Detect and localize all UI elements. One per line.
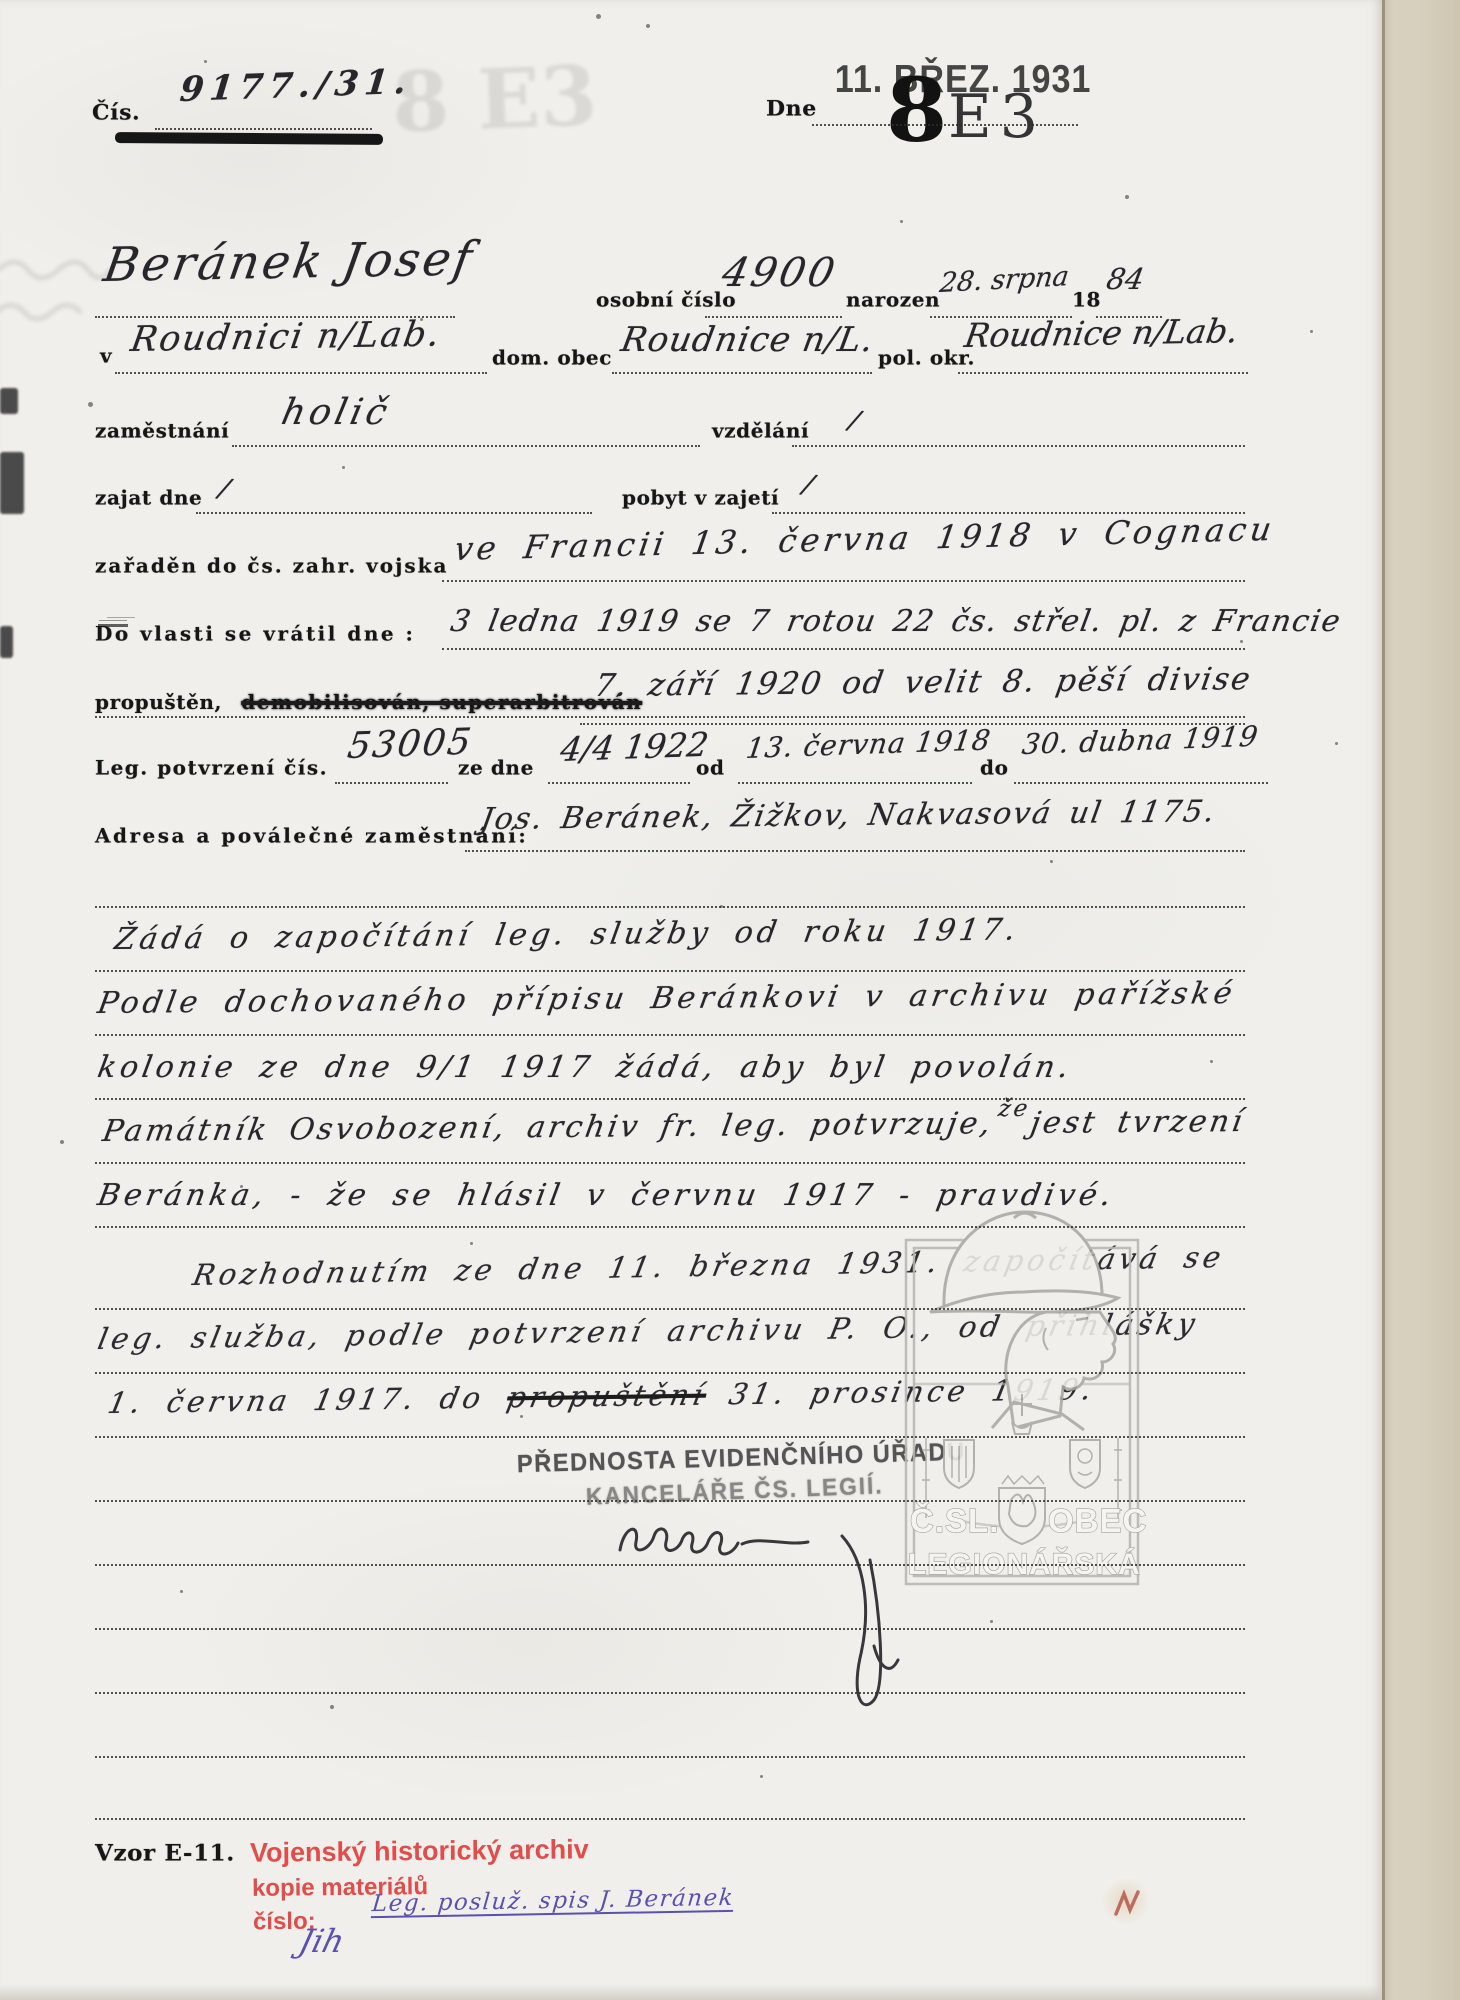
ruled-dotted-line [95,716,1245,718]
dne-label: Dne [766,97,817,122]
zajat-value: / [216,471,233,505]
ruled-dotted-line [812,124,1078,126]
note-line-1: Žádá o započítání leg. služby od roku 19… [112,912,1022,957]
vlast-value: 3 ledna 1919 se 7 rotou 22 čs. střel. pl… [448,604,1344,639]
ink-speck [88,402,93,407]
ruled-dotted-line [442,648,1245,650]
ink-speck [1240,640,1243,643]
ink-speck [646,24,650,28]
margin-blob-2 [0,452,24,514]
watermark-text-csl: Č.SL. [910,1501,999,1539]
ink-speck [342,466,345,469]
watermark-text-obec: OBEC [1048,1502,1147,1539]
ruled-dotted-line [95,1372,1245,1374]
ruled-dotted-line [465,850,1245,852]
propusten-label: propuštěn, [95,690,222,714]
ruled-dotted-line [1014,782,1268,784]
page-edge [1382,0,1460,2000]
ruled-dotted-line [95,1756,1245,1758]
pobyt-value: / [800,467,817,501]
zaraden-label: zařaděn do čs. zahr. vojska [95,554,448,577]
osobni-cislo-label: osobní číslo [596,288,736,311]
ink-speck [990,1620,993,1623]
osobni-cislo-value: 4900 [718,250,842,296]
ink-speck [1310,330,1313,333]
document-page: Čís. 9177./31. 8 E3 Dne 11. BŘEZ. 1931 8… [0,0,1460,2000]
zaraden-value: ve Francii 13. června 1918 v Cognacu [452,510,1278,568]
ink-speck [1210,1060,1213,1063]
ruled-dotted-line [95,1308,1245,1310]
note-line-3: kolonie ze dne 9/1 1917 žádá, aby byl po… [95,1050,1075,1085]
red-check-mark [1112,1886,1146,1920]
margin-blob-1 [0,388,18,414]
do-label: do [980,756,1009,779]
name-value: Beránek Josef [100,231,479,293]
paper-scan: Čís. 9177./31. 8 E3 Dne 11. BŘEZ. 1931 8… [0,0,1382,2000]
soldier-head-icon [930,1212,1118,1430]
cis-underline-bar [115,132,383,145]
ruled-dotted-line [612,372,872,374]
propusten-struck-words: demobilisován, superarbitrován [241,690,642,714]
vzor-label: Vzor E-11. [95,1841,235,1867]
zedne-label: ze dne [458,756,534,779]
ruled-dotted-line [95,1564,1245,1566]
ruled-dotted-line [95,316,455,318]
file-number-8: 8 [886,58,947,162]
ink-speck [760,1775,763,1778]
ink-speck [720,905,723,908]
decision-line-3-pre: 1. června 1917. do [105,1380,511,1420]
archive-stamp-line-1: Vojenský historický archiv [250,1834,589,1869]
ink-speck [1050,860,1053,863]
legionnaire-watermark: Č.SL. OBEC LEGIONÁŘSKÁ [896,1188,1148,1592]
cis-value: 9177./31. [178,62,414,110]
ruled-dotted-line [95,1692,1245,1694]
ruled-dotted-line [95,1818,1245,1820]
dom-obec-label: dom. obec [492,346,612,369]
pol-okr-label: pol. okr. [878,346,975,369]
cis-label: Čís. [92,101,140,126]
ink-speck [180,1590,183,1593]
ruled-dotted-line [155,128,372,130]
ruled-dotted-line [930,316,1072,318]
ruled-dotted-line [548,782,690,784]
od-value: 13. června 1918 [744,723,993,765]
ruled-dotted-line [95,1500,1245,1502]
file-number-e3: E3 [948,82,1046,152]
do-value: 30. dubna 1919 [1020,720,1261,761]
ink-speck [900,220,903,223]
ink-speck [204,60,207,63]
leg-label: Leg. potvrzení čís. [95,756,328,779]
ink-speck [470,1242,473,1245]
margin-blob-3 [0,626,13,658]
note-line-4: Památník Osvobození, archiv fr. leg. pot… [100,1104,1248,1149]
dom-obec-value: Roudnice n/L. [618,320,877,360]
ruled-dotted-line [335,782,448,784]
zamestnani-label: zaměstnání [95,419,229,442]
zedne-value: 4/4 1922 [558,725,711,769]
ruled-dotted-line [115,372,487,374]
ruled-dotted-line [196,512,592,514]
ink-speck [60,1140,64,1144]
propusten-value: 7. září 1920 od velit 8. pěší divise [592,661,1255,704]
blue-initials: Jih [295,1922,348,1960]
note-line-4a: Památník Osvobození, archiv fr. leg. pot… [100,1106,996,1149]
ruled-dotted-line [1096,316,1162,318]
adresa-label: Adresa a poválečné zaměstnání: [95,824,528,847]
ruled-dotted-line [95,1436,1245,1438]
birthplace-value: Roudnici n/Lab. [128,314,444,360]
ink-speck [520,1415,523,1418]
year-prefix-label: 18 [1072,288,1101,311]
bleedthrough-ghost-text [0,240,114,360]
ruled-dotted-line [442,580,1245,582]
ink-speck [420,318,423,321]
ruled-dotted-line [580,723,1245,725]
zamestnani-value: holič [278,392,395,433]
adresa-value: Jos. Beránek, Žižkov, Nakvasová ul 1175. [478,794,1219,837]
ink-speck [330,1705,334,1709]
ruled-dotted-line [95,1162,1245,1164]
ruled-dotted-line [705,316,842,318]
ruled-dotted-line [95,1098,1245,1100]
decision-line-3-struck: propuštění [504,1378,710,1415]
year-value: 84 [1104,262,1147,296]
vzdelani-value: / [846,403,863,437]
zajat-label: zajat dne [95,486,202,509]
bottom-edge-shade [0,1984,1382,2000]
pobyt-label: pobyt v zajetí [622,486,779,509]
ruled-dotted-line [772,512,1245,514]
ruled-dotted-line [738,782,972,784]
ink-speck [1125,195,1129,199]
vzdelani-label: vzdělání [712,419,809,442]
ruled-dotted-line [958,372,1248,374]
blue-annotation: Leg. posluž. spis J. Beránek [371,1885,735,1917]
ruled-dotted-line [95,1034,1245,1036]
ruled-dotted-line [232,445,700,447]
ruled-dotted-line [792,445,1245,447]
leg-number-value: 53005 [345,721,475,767]
note-line-4b: jest tvrzení [1028,1104,1248,1141]
ghost-stamp: 8 E3 [390,48,598,151]
vlast-label: Do vlasti se vrátil dne : [95,622,415,645]
ruled-dotted-line [95,906,1245,908]
ruled-dotted-line [95,1628,1245,1630]
note-line-2: Podle dochovaného přípisu Beránkovi v ar… [95,976,1238,1021]
ink-speck [596,14,601,19]
ink-speck [1335,742,1338,745]
ink-speck [240,1185,243,1188]
od-label: od [696,756,725,779]
ruled-dotted-line [95,970,1245,972]
birth-date-value: 28. srpna [938,261,1071,299]
ruled-dotted-line [95,1226,1245,1228]
narozen-label: narozen [846,288,940,311]
